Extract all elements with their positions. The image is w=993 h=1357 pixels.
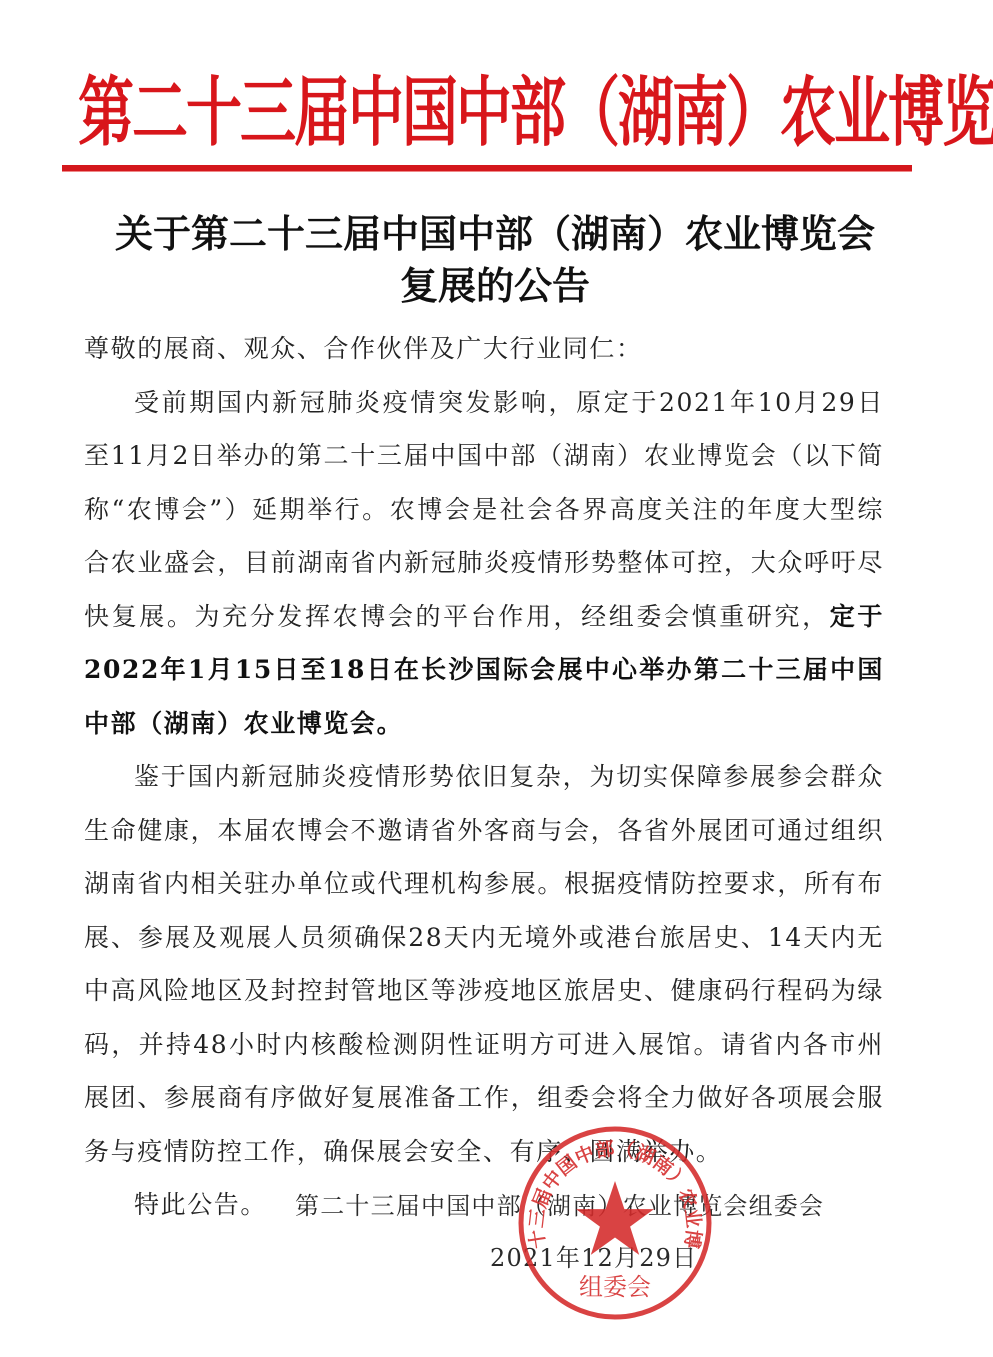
signoff-organization: 第二十三届中国中部（湖南）农业博览会组委会: [295, 1180, 895, 1232]
salutation: 尊敬的展商、观众、合作伙伴及广大行业同仁：: [84, 322, 884, 376]
paragraph-2: 鉴于国内新冠肺炎疫情形势依旧复杂，为切实保障参展参会群众生命健康，本届农博会不邀…: [84, 750, 884, 1178]
signoff: 第二十三届中国中部（湖南）农业博览会组委会 2021年12月29日: [295, 1180, 895, 1284]
notice-body: 尊敬的展商、观众、合作伙伴及广大行业同仁： 受前期国内新冠肺炎疫情突发影响，原定…: [84, 322, 884, 1232]
notice-title-line1: 关于第二十三届中国中部（湖南）农业博览会: [60, 208, 930, 260]
signoff-date: 2021年12月29日: [295, 1232, 895, 1284]
notice-title: 关于第二十三届中国中部（湖南）农业博览会 复展的公告: [60, 208, 930, 312]
header-divider: [62, 165, 912, 172]
paragraph-1: 受前期国内新冠肺炎疫情突发影响，原定于2021年10月29日至11月2日举办的第…: [84, 376, 884, 751]
notice-title-line2: 复展的公告: [60, 260, 930, 312]
paragraph-1-text: 受前期国内新冠肺炎疫情突发影响，原定于2021年10月29日至11月2日举办的第…: [84, 388, 884, 631]
header-organization: 第二十三届中国中部（湖南）农业博览会组委会: [78, 52, 908, 176]
